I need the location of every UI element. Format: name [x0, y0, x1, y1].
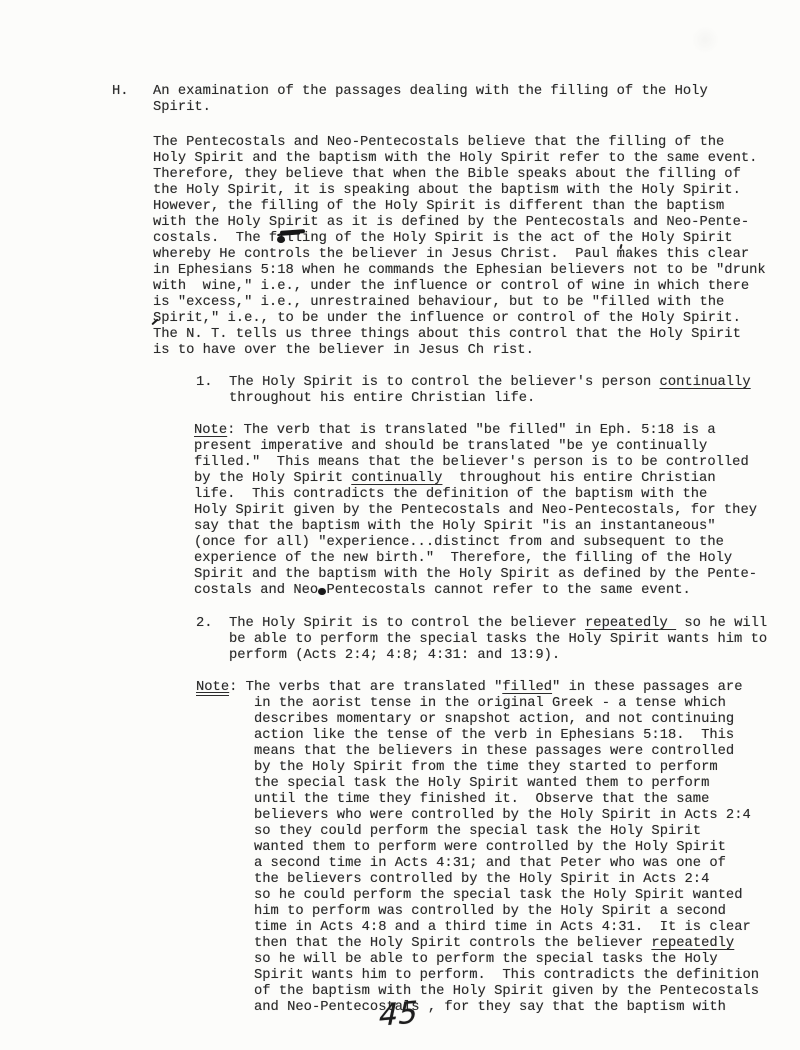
text-line: Spirit," i.e., to be under the influence…: [153, 311, 766, 327]
text-segment: " in these passages are: [552, 680, 742, 695]
text-segment-u: repeatedly: [585, 616, 676, 631]
text-segment: believers who were controlled by the Hol…: [254, 808, 751, 823]
text-line: in the aorist tense in the original Gree…: [196, 696, 759, 712]
block-lines: An examination of the passages dealing w…: [153, 84, 708, 116]
text-segment: so he will: [676, 616, 767, 631]
text-segment: be able to perform the special tasks the…: [229, 632, 767, 647]
text-segment: Spirit and the baptism with the Holy Spi…: [194, 567, 757, 582]
text-segment: Spirit wants him to perform. This contra…: [254, 968, 759, 983]
document-blocks: H.An examination of the passages dealing…: [0, 84, 800, 1016]
text-segment-u: filled: [502, 680, 552, 695]
text-segment: pirit," i.e., to be under the influence …: [161, 311, 741, 326]
text-segment-u: continually: [351, 471, 442, 486]
text-segment: The Holy Spirit is to control the believ…: [229, 375, 660, 390]
text-segment: costals and Neo: [194, 583, 318, 598]
note-paragraph-1: Note: The verb that is translated "be fi…: [194, 423, 800, 599]
text-line: An examination of the passages dealing w…: [153, 84, 708, 100]
text-segment: The N. T. tells us three things about th…: [153, 327, 741, 342]
text-line: of the baptism with the Holy Spirit give…: [196, 984, 759, 1000]
text-line: the believers controlled by the Holy Spi…: [196, 872, 759, 888]
text-segment: until the time they finished it. Observe…: [254, 792, 709, 807]
text-line: Holy Spirit and the baptism with the Hol…: [153, 151, 766, 167]
text-line: Note: The verb that is translated "be fi…: [194, 423, 757, 439]
handwritten-page-number: 45: [379, 1005, 418, 1025]
text-segment: time in Acts 4:8 and a third time in Act…: [254, 920, 751, 935]
text-line: action like the tense of the verb in Eph…: [196, 728, 759, 744]
text-line: by the Holy Spirit continually throughou…: [194, 471, 757, 487]
text-segment: ing of the Holy Spirit is the act of the…: [302, 231, 733, 246]
text-segment: him to perform was controlled by the Hol…: [254, 904, 726, 919]
block-label: H.: [112, 84, 153, 100]
text-segment: Holy Spirit given by the Pentecostals an…: [194, 503, 757, 518]
text-segment: the special task the Holy Spirit wanted …: [254, 776, 709, 791]
text-segment-u2: Note: [196, 680, 229, 696]
text-line: Spirit wants him to perform. This contra…: [196, 968, 759, 984]
text-segment: life. This contradicts the definition of…: [194, 487, 707, 502]
text-line: filled." This means that the believer's …: [194, 455, 757, 471]
text-line: The Holy Spirit is to control the believ…: [229, 616, 767, 632]
note-paragraph-2: Note: The verbs that are translated "fil…: [196, 680, 800, 1016]
text-segment: throughout his entire Christian life.: [229, 391, 535, 406]
text-segment: whereby He controls the believer in Jesu…: [153, 247, 617, 262]
text-line: describes momentary or snapshot action, …: [196, 712, 759, 728]
text-line: perform (Acts 2:4; 4:8; 4:31: and 13:9).: [229, 648, 767, 664]
text-segment-scrib: ll: [285, 231, 302, 246]
text-line: in Ephesians 5:18 when he commands the E…: [153, 263, 766, 279]
text-line: time in Acts 4:8 and a third time in Act…: [196, 920, 759, 936]
text-segment: the believers controlled by the Holy Spi…: [254, 872, 709, 887]
text-line: However, the filling of the Holy Spirit …: [153, 199, 766, 215]
text-segment: with wine," i.e., under the influence or…: [153, 279, 749, 294]
scanned-document-page: H.An examination of the passages dealing…: [0, 0, 800, 1050]
text-line: with wine," i.e., under the influence or…: [153, 279, 766, 295]
text-line: (once for all) "experience...distinct fr…: [194, 535, 757, 551]
text-segment: experience of the new birth." Therefore,…: [194, 551, 732, 566]
text-segment: so they could perform the special task t…: [254, 824, 701, 839]
text-line: so they could perform the special task t…: [196, 824, 759, 840]
text-line: costals. The filling of the Holy Spirit …: [153, 231, 766, 247]
text-line: experience of the new birth." Therefore,…: [194, 551, 757, 567]
text-segment: in the aorist tense in the original Gree…: [254, 696, 726, 711]
block-lines: Note: The verb that is translated "be fi…: [194, 423, 757, 599]
text-segment: Therefore, they believe that when the Bi…: [153, 167, 741, 182]
text-line: Note: The verbs that are translated "fil…: [196, 680, 759, 696]
text-line: be able to perform the special tasks the…: [229, 632, 767, 648]
block-lines: The Holy Spirit is to control the believ…: [229, 616, 767, 664]
text-line: Holy Spirit given by the Pentecostals an…: [194, 503, 757, 519]
numbered-item-1: 1.The Holy Spirit is to control the beli…: [196, 375, 800, 407]
text-line: believers who were controlled by the Hol…: [196, 808, 759, 824]
block-lines: The Holy Spirit is to control the believ…: [229, 375, 751, 407]
text-segment: and Neo-Pentecostals , for they say that…: [254, 1000, 726, 1015]
block-label: 2.: [196, 616, 229, 632]
text-line: so he will be able to perform the specia…: [196, 952, 759, 968]
text-segment: then that the Holy Spirit controls the b…: [254, 936, 651, 951]
text-segment: present imperative and should be transla…: [194, 439, 707, 454]
text-line: is "excess," i.e., unrestrained behaviou…: [153, 295, 766, 311]
text-line: whereby He controls the believer in Jesu…: [153, 247, 766, 263]
text-segment: However, the filling of the Holy Spirit …: [153, 199, 724, 214]
text-segment: with the Holy Spirit as it is defined by…: [153, 215, 749, 230]
text-segment: throughout his entire Christian: [442, 471, 715, 486]
block-label: 1.: [196, 375, 229, 391]
text-segment: Spirit.: [153, 100, 211, 115]
text-line: Spirit and the baptism with the Holy Spi…: [194, 567, 757, 583]
text-line: Therefore, they believe that when the Bi…: [153, 167, 766, 183]
text-segment: describes momentary or snapshot action, …: [254, 712, 734, 727]
text-line: with the Holy Spirit as it is defined by…: [153, 215, 766, 231]
text-line: until the time they finished it. Observe…: [196, 792, 759, 808]
text-line: so he could perform the special task the…: [196, 888, 759, 904]
text-segment: action like the tense of the verb in Eph…: [254, 728, 734, 743]
text-segment: The Pentecostals and Neo-Pentecostals be…: [153, 135, 724, 150]
text-segment: so he will be able to perform the specia…: [254, 952, 718, 967]
text-segment: so he could perform the special task the…: [254, 888, 743, 903]
text-segment: An examination of the passages dealing w…: [153, 84, 708, 99]
text-line: is to have over the believer in Jesus Ch…: [153, 343, 766, 359]
text-segment: is to have over the believer in Jesus Ch…: [153, 343, 534, 358]
text-line: The N. T. tells us three things about th…: [153, 327, 766, 343]
block-lines: The Pentecostals and Neo-Pentecostals be…: [153, 135, 766, 359]
text-line: say that the baptism with the Holy Spiri…: [194, 519, 757, 535]
text-line: The Holy Spirit is to control the believ…: [229, 375, 751, 391]
text-line: wanted them to perform were controlled b…: [196, 840, 759, 856]
section-heading: H.An examination of the passages dealing…: [112, 84, 800, 116]
numbered-item-2: 2.The Holy Spirit is to control the beli…: [196, 616, 800, 664]
text-segment: wanted them to perform were controlled b…: [254, 840, 726, 855]
text-segment: Pentecostals cannot refer to the same ev…: [326, 583, 690, 598]
text-segment: means that the believers in these passag…: [254, 744, 734, 759]
text-segment: akes this clear: [625, 247, 749, 262]
text-segment: : The verb that is translated "be filled…: [227, 423, 716, 438]
text-line: throughout his entire Christian life.: [229, 391, 751, 407]
text-segment-blot: -: [318, 583, 326, 598]
body-paragraph: The Pentecostals and Neo-Pentecostals be…: [153, 135, 800, 359]
text-line: the special task the Holy Spirit wanted …: [196, 776, 759, 792]
text-line: costals and Neo-Pentecostals cannot refe…: [194, 583, 757, 599]
text-segment: the Holy Spirit, it is speaking about th…: [153, 183, 741, 198]
text-segment: say that the baptism with the Holy Spiri…: [194, 519, 716, 534]
text-line: The Pentecostals and Neo-Pentecostals be…: [153, 135, 766, 151]
text-segment: of the baptism with the Holy Spirit give…: [254, 984, 759, 999]
text-line: the Holy Spirit, it is speaking about th…: [153, 183, 766, 199]
text-segment: Holy Spirit and the baptism with the Hol…: [153, 151, 757, 166]
text-line: life. This contradicts the definition of…: [194, 487, 757, 503]
text-segment: by the Holy Spirit: [194, 471, 351, 486]
text-segment-smark: S: [153, 311, 161, 326]
text-line: Spirit.: [153, 100, 708, 116]
text-segment: (once for all) "experience...distinct fr…: [194, 535, 724, 550]
text-segment: filled." This means that the believer's …: [194, 455, 749, 470]
text-segment: a second time in Acts 4:31; and that Pet…: [254, 856, 726, 871]
text-segment-u: Note: [194, 423, 227, 438]
text-line: by the Holy Spirit from the time they st…: [196, 760, 759, 776]
text-segment: in Ephesians 5:18 when he commands the E…: [153, 263, 766, 278]
text-segment: The Holy Spirit is to control the believ…: [229, 616, 585, 631]
text-line: a second time in Acts 4:31; and that Pet…: [196, 856, 759, 872]
text-segment: perform (Acts 2:4; 4:8; 4:31: and 13:9).: [229, 648, 560, 663]
text-segment: is "excess," i.e., unrestrained behaviou…: [153, 295, 724, 310]
text-segment: costals. The f: [153, 231, 277, 246]
text-segment-u: repeatedly: [651, 936, 734, 951]
text-segment-tick: m: [617, 247, 625, 262]
text-line: him to perform was controlled by the Hol…: [196, 904, 759, 920]
text-line: and Neo-Pentecostals , for they say that…: [196, 1000, 759, 1016]
text-segment: by the Holy Spirit from the time they st…: [254, 760, 718, 775]
text-line: means that the believers in these passag…: [196, 744, 759, 760]
text-segment: : The verbs that are translated ": [229, 680, 502, 695]
text-line: present imperative and should be transla…: [194, 439, 757, 455]
text-line: then that the Holy Spirit controls the b…: [196, 936, 759, 952]
text-segment-u: continually: [660, 375, 751, 390]
block-lines: Note: The verbs that are translated "fil…: [196, 680, 759, 1016]
